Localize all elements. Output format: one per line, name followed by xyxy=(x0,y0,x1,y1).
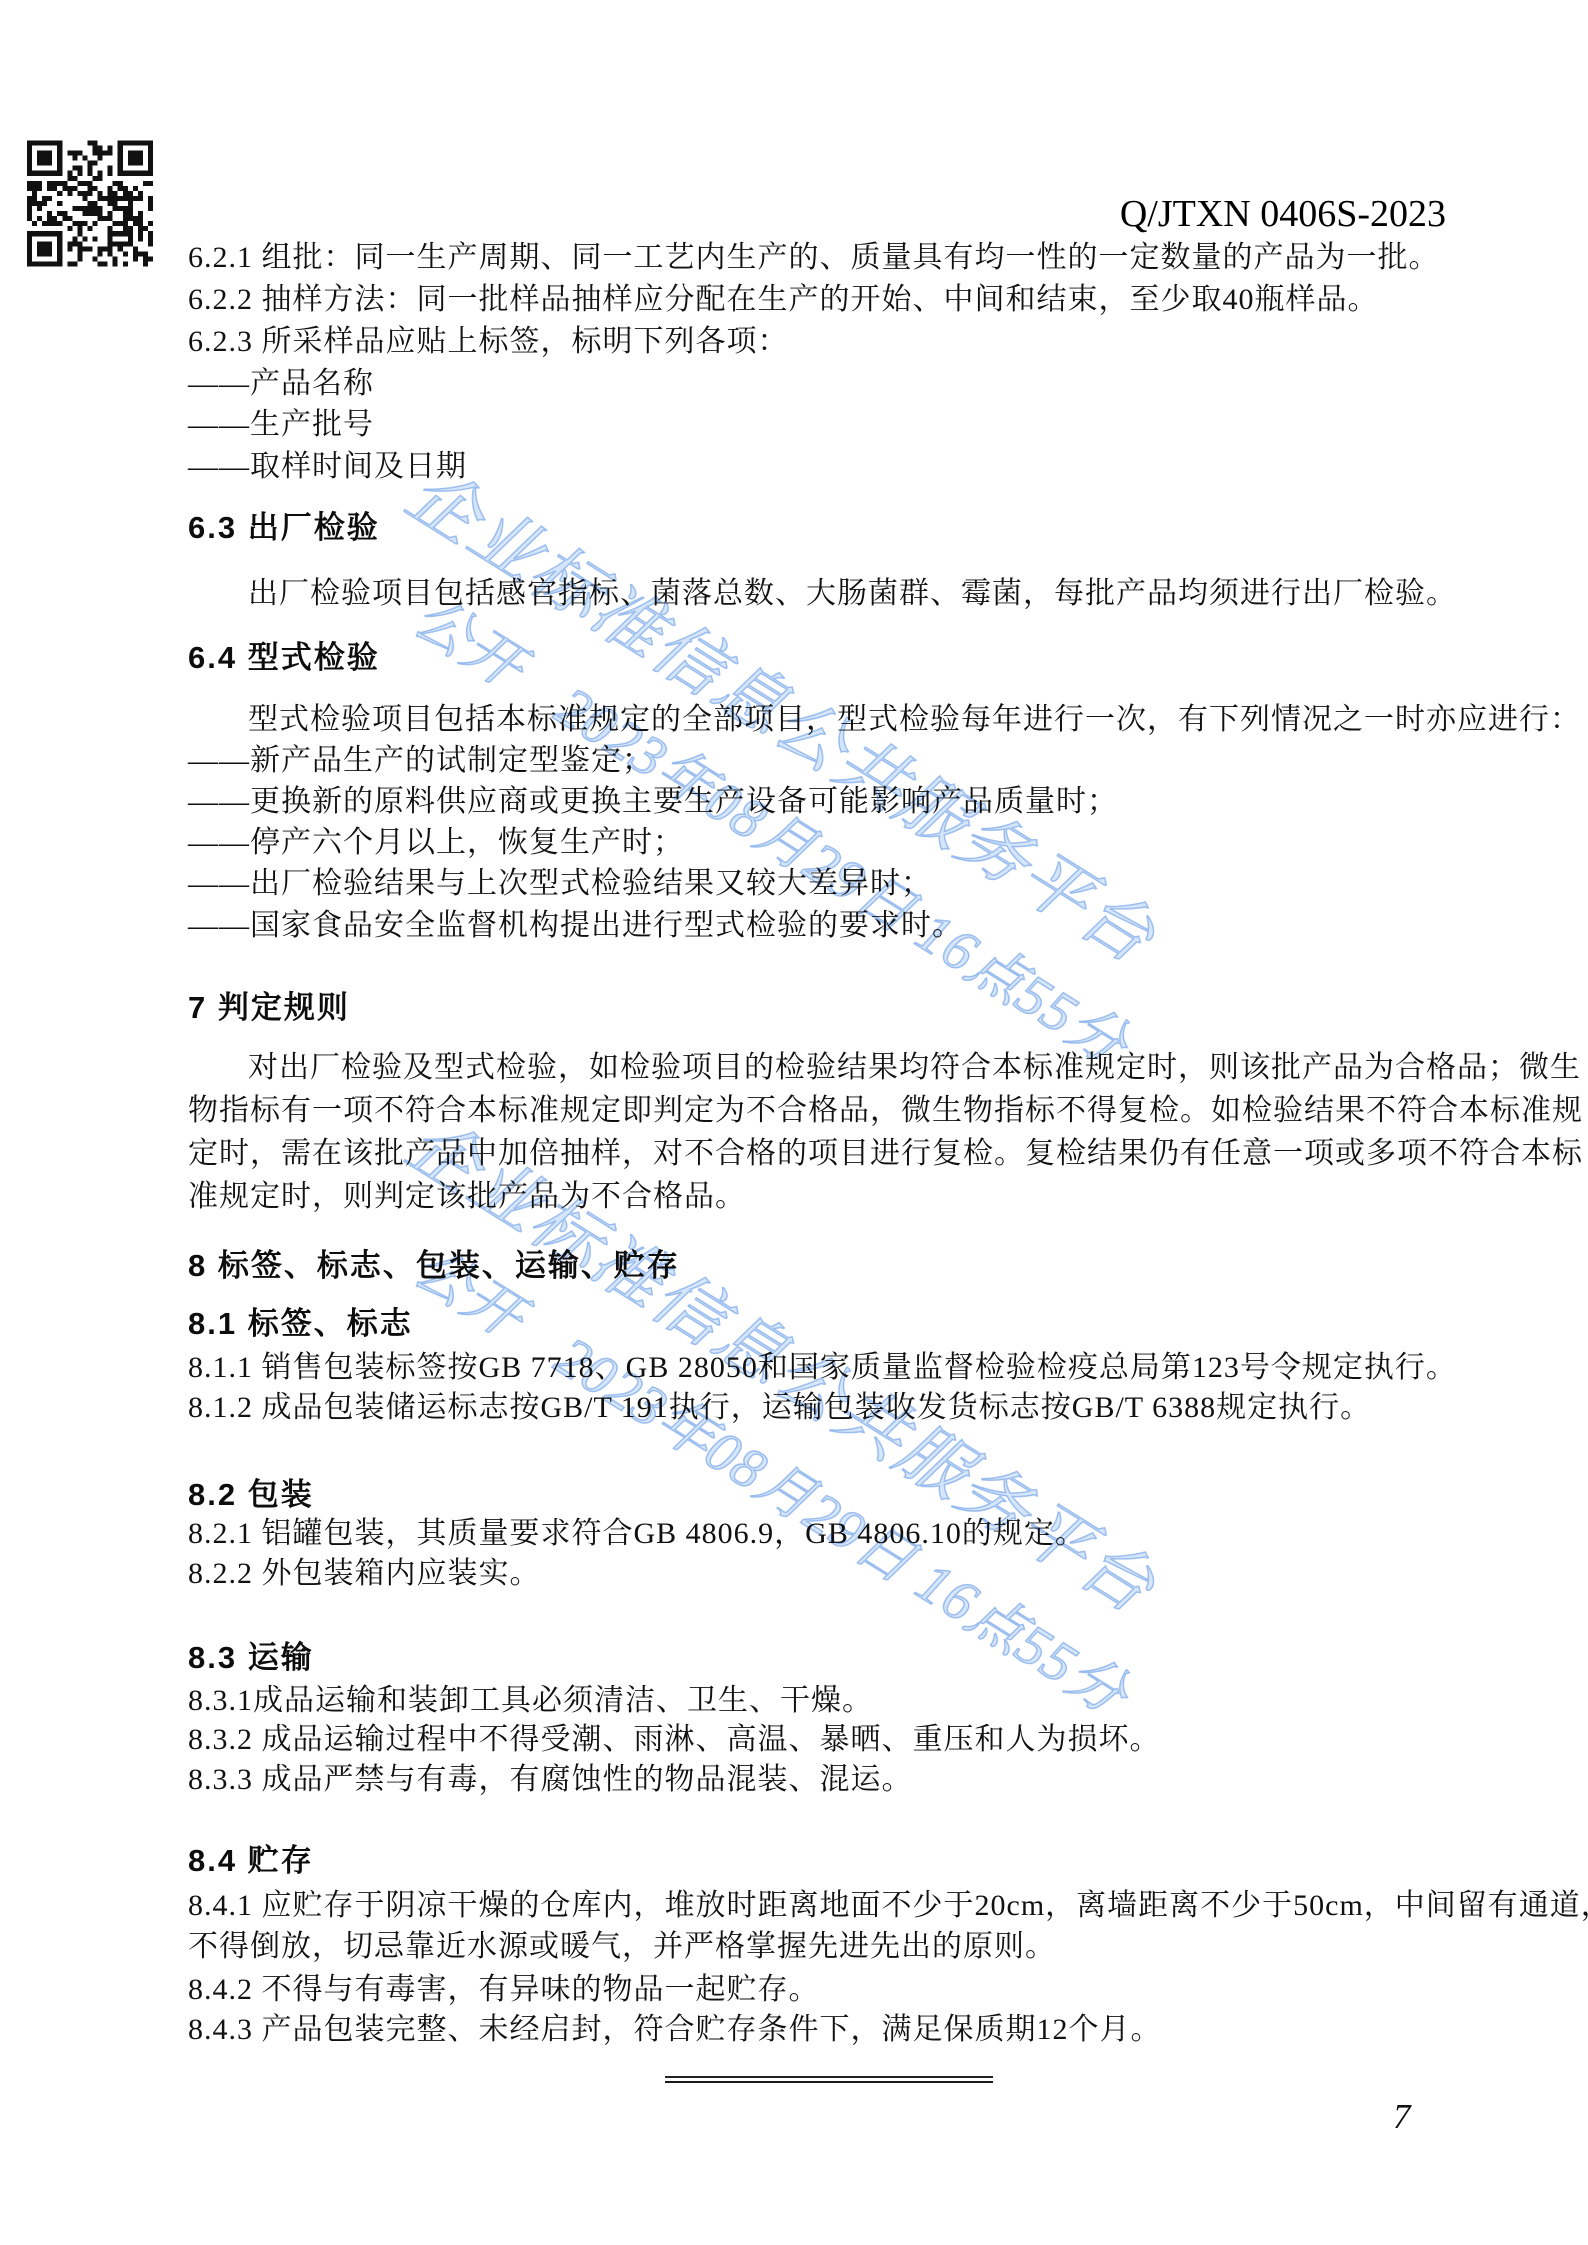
section-heading: 8.4 贮存 xyxy=(188,1843,314,1879)
doc-dash-item: ——新产品生产的试制定型鉴定； xyxy=(188,743,653,779)
doc-dash-item: ——出厂检验结果与上次型式检验结果又较大差异时； xyxy=(188,866,932,902)
page-number: 7 xyxy=(1393,2097,1411,2137)
doc-dash-item: ——生产批号 xyxy=(188,407,374,443)
doc-line: 8.1.2 成品包装储运标志按GB/T 191执行，运输包装收发货标志按GB/T… xyxy=(188,1390,1371,1426)
doc-line: 8.4.2 不得与有毒害，有异味的物品一起贮存。 xyxy=(188,1972,820,2008)
doc-paragraph: 物指标有一项不符合本标准规定即判定为不合格品，微生物指标不得复检。如检验结果不符… xyxy=(188,1093,1583,1129)
doc-dash-item: ——国家食品安全监督机构提出进行型式检验的要求时。 xyxy=(188,908,963,944)
doc-paragraph: 型式检验项目包括本标准规定的全部项目，型式检验每年进行一次，有下列情况之一时亦应… xyxy=(248,702,1581,738)
end-divider-line xyxy=(665,2076,993,2083)
doc-paragraph: 对出厂检验及型式检验，如检验项目的检验结果均符合本标准规定时，则该批产品为合格品… xyxy=(248,1050,1581,1086)
section-heading: 8.3 运输 xyxy=(188,1640,314,1676)
doc-line: 8.3.1成品运输和装卸工具必须清洁、卫生、干燥。 xyxy=(188,1683,873,1719)
doc-line: 6.2.2 抽样方法：同一批样品抽样应分配在生产的开始、中间和结束，至少取40瓶… xyxy=(188,282,1379,318)
section-heading: 6.3 出厂检验 xyxy=(188,510,380,546)
doc-line: 8.2.2 外包装箱内应装实。 xyxy=(188,1556,541,1592)
doc-line: 8.4.1 应贮存于阴凉干燥的仓库内，堆放时距离地面不少于20cm，离墙距离不少… xyxy=(188,1888,1588,1924)
doc-line: 8.4.3 产品包装完整、未经启封，符合贮存条件下，满足保质期12个月。 xyxy=(188,2012,1162,2048)
section-heading: 8.2 包装 xyxy=(188,1477,314,1513)
doc-line: 8.3.3 成品严禁与有毒，有腐蚀性的物品混装、混运。 xyxy=(188,1762,913,1798)
doc-line: 8.3.2 成品运输过程中不得受潮、雨淋、高温、暴晒、重压和人为损坏。 xyxy=(188,1722,1161,1758)
qr-code xyxy=(27,140,153,267)
doc-dash-item: ——更换新的原料供应商或更换主要生产设备可能影响产品质量时； xyxy=(188,784,1118,820)
doc-line: 6.2.3 所采样品应贴上标签，标明下列各项： xyxy=(188,324,789,360)
doc-line: 8.1.1 销售包装标签按GB 7718、GB 28050和国家质量监督检验检疫… xyxy=(188,1350,1457,1386)
watermark-public-tag: 公开 xyxy=(400,1223,542,1354)
doc-paragraph: 定时，需在该批产品中加倍抽样，对不合格的项目进行复检。复检结果仍有任意一项或多项… xyxy=(188,1136,1583,1172)
document-page: Q/JTXN 0406S-2023 企业标准信息公共服务平台 公开 2023年0… xyxy=(0,0,1588,2245)
doc-dash-item: ——产品名称 xyxy=(188,366,374,402)
section-heading: 6.4 型式检验 xyxy=(188,640,380,676)
header-standard-code: Q/JTXN 0406S-2023 xyxy=(1120,192,1446,236)
doc-paragraph: 出厂检验项目包括感官指标、菌落总数、大肠菌群、霉菌，每批产品均须进行出厂检验。 xyxy=(248,576,1457,612)
doc-dash-item: ——取样时间及日期 xyxy=(188,449,467,485)
doc-line: 6.2.1 组批：同一生产周期、同一工艺内生产的、质量具有均一性的一定数量的产品… xyxy=(188,240,1440,276)
section-heading: 8 标签、标志、包装、运输、贮存 xyxy=(188,1248,680,1284)
section-heading: 8.1 标签、标志 xyxy=(188,1306,413,1342)
doc-line: 不得倒放，切忌靠近水源或暖气，并严格掌握先进先出的原则。 xyxy=(188,1929,1056,1965)
section-heading: 7 判定规则 xyxy=(188,990,350,1026)
doc-line: 8.2.1 铝罐包装，其质量要求符合GB 4806.9，GB 4806.10的规… xyxy=(188,1516,1086,1552)
doc-paragraph: 准规定时，则判定该批产品为不合格品。 xyxy=(188,1179,746,1215)
doc-dash-item: ——停产六个月以上，恢复生产时； xyxy=(188,825,684,861)
